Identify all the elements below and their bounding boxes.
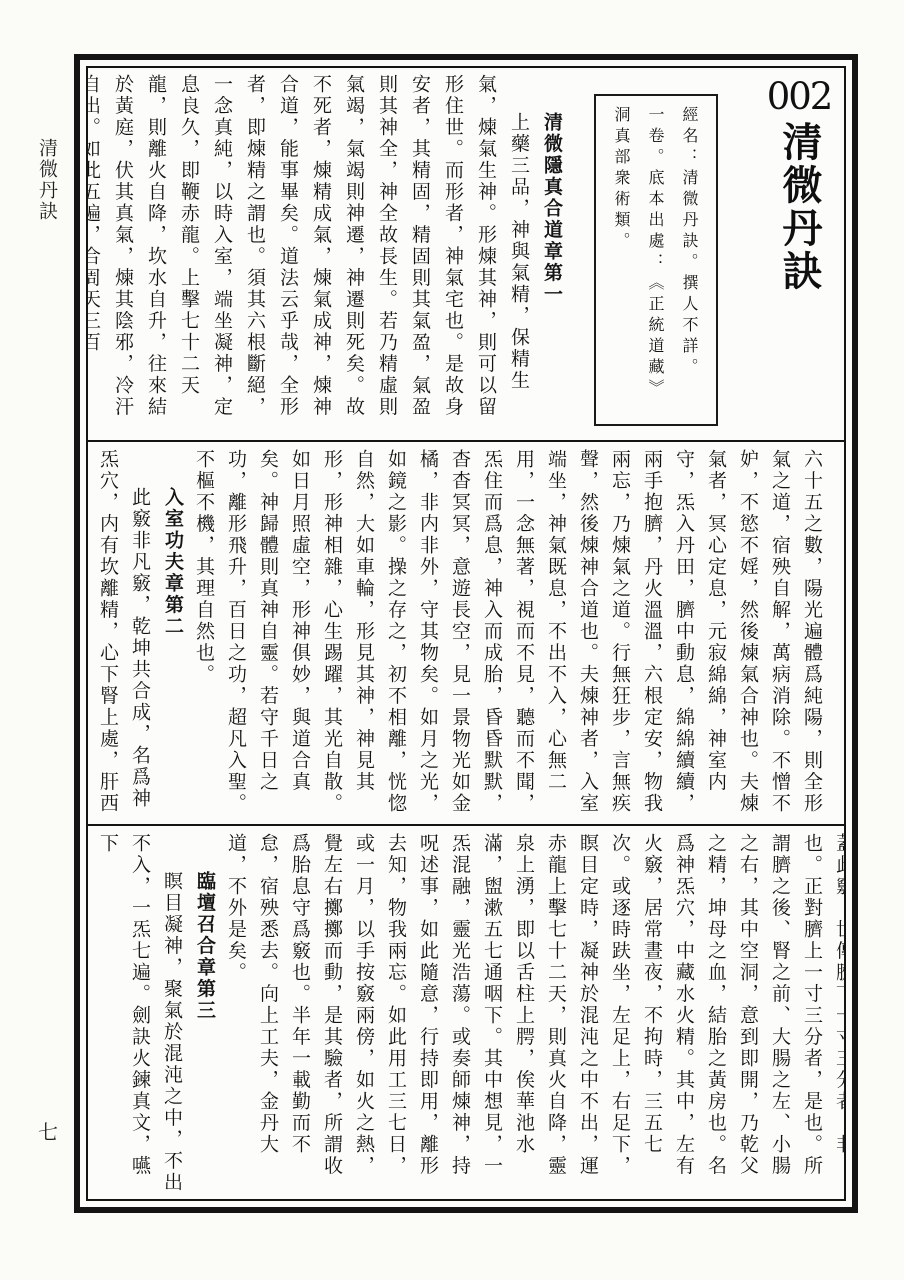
colophon-line: 洞真部衆術類。 [604, 106, 638, 414]
colophon-box: 經名：清微丹訣。撰人不詳。 一卷。底本出處：《正統道藏》 洞真部衆術類。 [594, 94, 718, 426]
chapter-heading-3: 臨壇召合章第三 [188, 833, 220, 1195]
body-text-block-1: 清微隱真合道章第一 上藥三品，神與氣精，保精生氣，煉氣生神。形煉其神，則可以留形… [94, 74, 568, 430]
colophon-line: 一卷。底本出處：《正統道藏》 [638, 106, 672, 414]
chapter-heading-2: 入室功夫章第二 [156, 449, 188, 820]
document-number: 002 [767, 78, 832, 115]
body-text-block-3: 肺左中，非腸非胃脘，一炁自流通，蓋此竅。世傳臍下一寸三分者，非也。正對臍上一寸三… [92, 833, 844, 1195]
title-block: 002 清微丹訣 [756, 74, 842, 436]
chapter-heading-1: 清微隱真合道章第一 [535, 74, 568, 430]
paragraph: 此竅非凡竅，乾坤共合成，名爲神炁穴，内有坎離精，心下腎上處，肝西 [92, 449, 156, 820]
paragraph-continued: 肺左中，非腸非胃脘，一炁自流通，蓋此竅。世傳臍下一寸三分者，非也。正對臍上一寸三… [220, 833, 844, 1195]
section-bottom-band: 肺左中，非腸非胃脘，一炁自流通，蓋此竅。世傳臍下一寸三分者，非也。正對臍上一寸三… [88, 824, 844, 1199]
border-frame-inner: 清微隱真合道章第一 上藥三品，神與氣精，保精生氣，煉氣生神。形煉其神，則可以留形… [86, 66, 846, 1201]
colophon-line: 經名：清微丹訣。撰人不詳。 [672, 106, 706, 414]
main-title: 清微丹訣 [779, 121, 819, 293]
paragraph: 上藥三品，神與氣精，保精生氣，煉氣生神。形煉其神，則可以留形住世。而形者，神氣宅… [88, 74, 535, 430]
paragraph-continued: 六十五之數，陽光遍體爲純陽，則全形氣之道，宿殃自解，萬病消除。不憎不妒，不慾不婬… [188, 449, 828, 820]
colophon-area: 經名：清微丹訣。撰人不詳。 一卷。底本出處：《正統道藏》 洞真部衆術類。 [594, 94, 718, 436]
section-middle-band: 六十五之數，陽光遍體爲純陽，則全形氣之道，宿殃自解，萬病消除。不憎不妒，不慾不婬… [88, 440, 844, 824]
section-top-band: 清微隱真合道章第一 上藥三品，神與氣精，保精生氣，煉氣生神。形煉其神，則可以留形… [88, 68, 844, 440]
page-number: 七 [38, 1116, 58, 1145]
paragraph: 瞑目凝神，聚氣於混沌之中，不出不入，一炁七遍。劍訣火鍊真文，嚥下 [92, 833, 188, 1195]
border-frame: 清微隱真合道章第一 上藥三品，神與氣精，保精生氣，煉氣生神。形煉其神，則可以留形… [74, 54, 858, 1213]
body-text-block-2: 六十五之數，陽光遍體爲純陽，則全形氣之道，宿殃自解，萬病消除。不憎不妒，不慾不婬… [92, 449, 828, 820]
colophon-text: 經名：清微丹訣。撰人不詳。 一卷。底本出處：《正統道藏》 洞真部衆術類。 [604, 106, 706, 414]
margin-running-title: 清微丹訣 [34, 138, 61, 222]
scanned-book-page: 清微丹訣 七 清微隱真合道章第一 上藥三品，神與氣精，保精生氣，煉氣生神。形煉其… [0, 0, 904, 1280]
